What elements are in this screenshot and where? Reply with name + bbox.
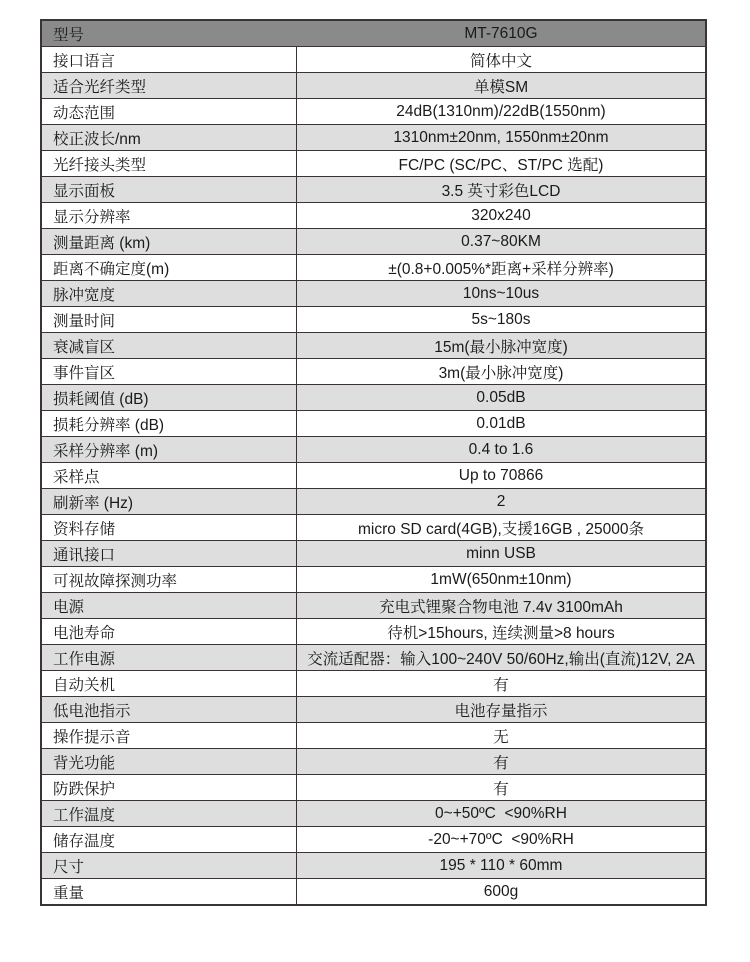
table-row: 接口语言 简体中文 bbox=[42, 47, 705, 73]
table-row: 刷新率 (Hz) 2 bbox=[42, 489, 705, 515]
spec-label: 动态范围 bbox=[42, 99, 297, 124]
spec-value: 0.37~80KM bbox=[297, 229, 705, 254]
table-header-row: 型号 MT-7610G bbox=[42, 21, 705, 47]
spec-label: 重量 bbox=[42, 879, 297, 904]
spec-label: 储存温度 bbox=[42, 827, 297, 852]
spec-table: 型号 MT-7610G 接口语言 简体中文 适合光纤类型 单模SM 动态范围 2… bbox=[40, 19, 707, 906]
spec-value: 600g bbox=[297, 879, 705, 904]
spec-value: -20~+70ºC <90%RH bbox=[297, 827, 705, 852]
spec-value: 有 bbox=[297, 671, 705, 696]
spec-value: 15m(最小脉冲宽度) bbox=[297, 333, 705, 358]
spec-label: 显示面板 bbox=[42, 177, 297, 202]
spec-value: 充电式锂聚合物电池 7.4v 3100mAh bbox=[297, 593, 705, 618]
table-row: 动态范围 24dB(1310nm)/22dB(1550nm) bbox=[42, 99, 705, 125]
spec-label: 适合光纤类型 bbox=[42, 73, 297, 98]
spec-value: FC/PC (SC/PC、ST/PC 选配) bbox=[297, 151, 705, 176]
spec-label: 接口语言 bbox=[42, 47, 297, 72]
table-row: 自动关机 有 bbox=[42, 671, 705, 697]
spec-label: 脉冲宽度 bbox=[42, 281, 297, 306]
spec-label: 自动关机 bbox=[42, 671, 297, 696]
spec-label: 背光功能 bbox=[42, 749, 297, 774]
table-row: 电源 充电式锂聚合物电池 7.4v 3100mAh bbox=[42, 593, 705, 619]
table-row: 测量距离 (km) 0.37~80KM bbox=[42, 229, 705, 255]
spec-label: 损耗分辨率 (dB) bbox=[42, 411, 297, 436]
spec-value: 无 bbox=[297, 723, 705, 748]
spec-label: 光纤接头类型 bbox=[42, 151, 297, 176]
spec-value: 24dB(1310nm)/22dB(1550nm) bbox=[297, 99, 705, 124]
spec-label: 尺寸 bbox=[42, 853, 297, 878]
spec-label: 显示分辨率 bbox=[42, 203, 297, 228]
spec-value: MT-7610G bbox=[297, 21, 705, 46]
spec-value: 0.01dB bbox=[297, 411, 705, 436]
spec-value: 0.4 to 1.6 bbox=[297, 437, 705, 462]
spec-value: 5s~180s bbox=[297, 307, 705, 332]
spec-value: 待机>15hours, 连续测量>8 hours bbox=[297, 619, 705, 644]
table-row: 工作温度 0~+50ºC <90%RH bbox=[42, 801, 705, 827]
spec-value: micro SD card(4GB),支援16GB , 25000条 bbox=[297, 515, 705, 540]
spec-label: 刷新率 (Hz) bbox=[42, 489, 297, 514]
spec-label: 操作提示音 bbox=[42, 723, 297, 748]
spec-value: 195 * 110 * 60mm bbox=[297, 853, 705, 878]
table-row: 操作提示音 无 bbox=[42, 723, 705, 749]
table-row: 光纤接头类型 FC/PC (SC/PC、ST/PC 选配) bbox=[42, 151, 705, 177]
table-row: 低电池指示 电池存量指示 bbox=[42, 697, 705, 723]
spec-value: 0.05dB bbox=[297, 385, 705, 410]
table-row: 采样分辨率 (m) 0.4 to 1.6 bbox=[42, 437, 705, 463]
spec-label: 防跌保护 bbox=[42, 775, 297, 800]
spec-label: 资料存储 bbox=[42, 515, 297, 540]
spec-label: 衰减盲区 bbox=[42, 333, 297, 358]
table-row: 距离不确定度(m) ±(0.8+0.005%*距离+采样分辨率) bbox=[42, 255, 705, 281]
table-row: 适合光纤类型 单模SM bbox=[42, 73, 705, 99]
table-row: 电池寿命 待机>15hours, 连续测量>8 hours bbox=[42, 619, 705, 645]
spec-value: 320x240 bbox=[297, 203, 705, 228]
spec-label: 测量距离 (km) bbox=[42, 229, 297, 254]
table-row: 显示面板 3.5 英寸彩色LCD bbox=[42, 177, 705, 203]
table-row: 防跌保护 有 bbox=[42, 775, 705, 801]
table-row: 重量 600g bbox=[42, 879, 705, 904]
spec-label: 事件盲区 bbox=[42, 359, 297, 384]
table-row: 损耗阈值 (dB) 0.05dB bbox=[42, 385, 705, 411]
spec-value: 1310nm±20nm, 1550nm±20nm bbox=[297, 125, 705, 150]
spec-value: 2 bbox=[297, 489, 705, 514]
table-row: 脉冲宽度 10ns~10us bbox=[42, 281, 705, 307]
spec-value: ±(0.8+0.005%*距离+采样分辨率) bbox=[297, 255, 705, 280]
spec-label: 损耗阈值 (dB) bbox=[42, 385, 297, 410]
table-row: 可视故障探测功率 1mW(650nm±10nm) bbox=[42, 567, 705, 593]
spec-label: 工作电源 bbox=[42, 645, 297, 670]
spec-label: 校正波长/nm bbox=[42, 125, 297, 150]
spec-value: 有 bbox=[297, 749, 705, 774]
table-row: 损耗分辨率 (dB) 0.01dB bbox=[42, 411, 705, 437]
table-row: 工作电源 交流适配器：输入100~240V 50/60Hz,输出(直流)12V,… bbox=[42, 645, 705, 671]
table-row: 采样点 Up to 70866 bbox=[42, 463, 705, 489]
table-row: 事件盲区 3m(最小脉冲宽度) bbox=[42, 359, 705, 385]
spec-label: 电源 bbox=[42, 593, 297, 618]
spec-label: 通讯接口 bbox=[42, 541, 297, 566]
spec-label: 工作温度 bbox=[42, 801, 297, 826]
spec-label: 测量时间 bbox=[42, 307, 297, 332]
table-row: 校正波长/nm 1310nm±20nm, 1550nm±20nm bbox=[42, 125, 705, 151]
table-row: 尺寸 195 * 110 * 60mm bbox=[42, 853, 705, 879]
spec-label: 型号 bbox=[42, 21, 297, 46]
spec-label: 采样分辨率 (m) bbox=[42, 437, 297, 462]
spec-value: 电池存量指示 bbox=[297, 697, 705, 722]
spec-value: Up to 70866 bbox=[297, 463, 705, 488]
table-row: 衰减盲区 15m(最小脉冲宽度) bbox=[42, 333, 705, 359]
spec-value: 单模SM bbox=[297, 73, 705, 98]
table-row: 资料存储 micro SD card(4GB),支援16GB , 25000条 bbox=[42, 515, 705, 541]
spec-value: 1mW(650nm±10nm) bbox=[297, 567, 705, 592]
spec-value: 简体中文 bbox=[297, 47, 705, 72]
spec-label: 低电池指示 bbox=[42, 697, 297, 722]
spec-value: 交流适配器：输入100~240V 50/60Hz,输出(直流)12V, 2A bbox=[297, 645, 705, 670]
spec-value: 10ns~10us bbox=[297, 281, 705, 306]
table-row: 通讯接口 minn USB bbox=[42, 541, 705, 567]
spec-label: 距离不确定度(m) bbox=[42, 255, 297, 280]
table-row: 背光功能 有 bbox=[42, 749, 705, 775]
spec-value: 3m(最小脉冲宽度) bbox=[297, 359, 705, 384]
spec-value: 0~+50ºC <90%RH bbox=[297, 801, 705, 826]
spec-label: 电池寿命 bbox=[42, 619, 297, 644]
spec-label: 可视故障探测功率 bbox=[42, 567, 297, 592]
spec-label: 采样点 bbox=[42, 463, 297, 488]
table-row: 测量时间 5s~180s bbox=[42, 307, 705, 333]
spec-value: minn USB bbox=[297, 541, 705, 566]
page: 型号 MT-7610G 接口语言 简体中文 适合光纤类型 单模SM 动态范围 2… bbox=[0, 0, 750, 962]
table-row: 储存温度 -20~+70ºC <90%RH bbox=[42, 827, 705, 853]
spec-value: 有 bbox=[297, 775, 705, 800]
table-row: 显示分辨率 320x240 bbox=[42, 203, 705, 229]
spec-value: 3.5 英寸彩色LCD bbox=[297, 177, 705, 202]
